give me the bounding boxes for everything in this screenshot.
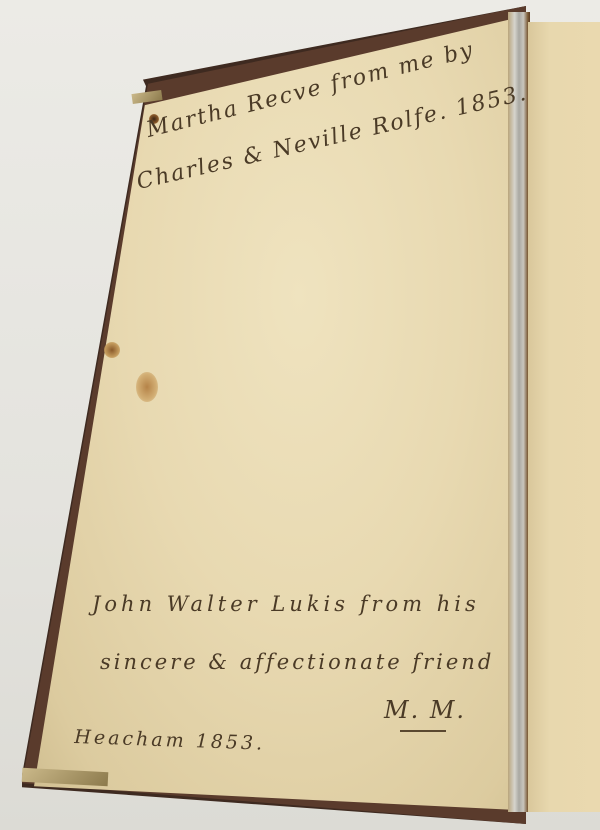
signature-underline <box>400 730 446 732</box>
right-page <box>528 22 600 812</box>
inscription-signature: M. M. <box>384 696 466 724</box>
inscription-bottom-line2: sincere & affectionate friend <box>100 650 494 674</box>
stain-spot <box>104 342 120 358</box>
stain-spot <box>136 372 158 402</box>
book-spine-gutter <box>508 12 530 812</box>
inscription-bottom-line1: John Walter Lukis from his <box>92 592 480 616</box>
